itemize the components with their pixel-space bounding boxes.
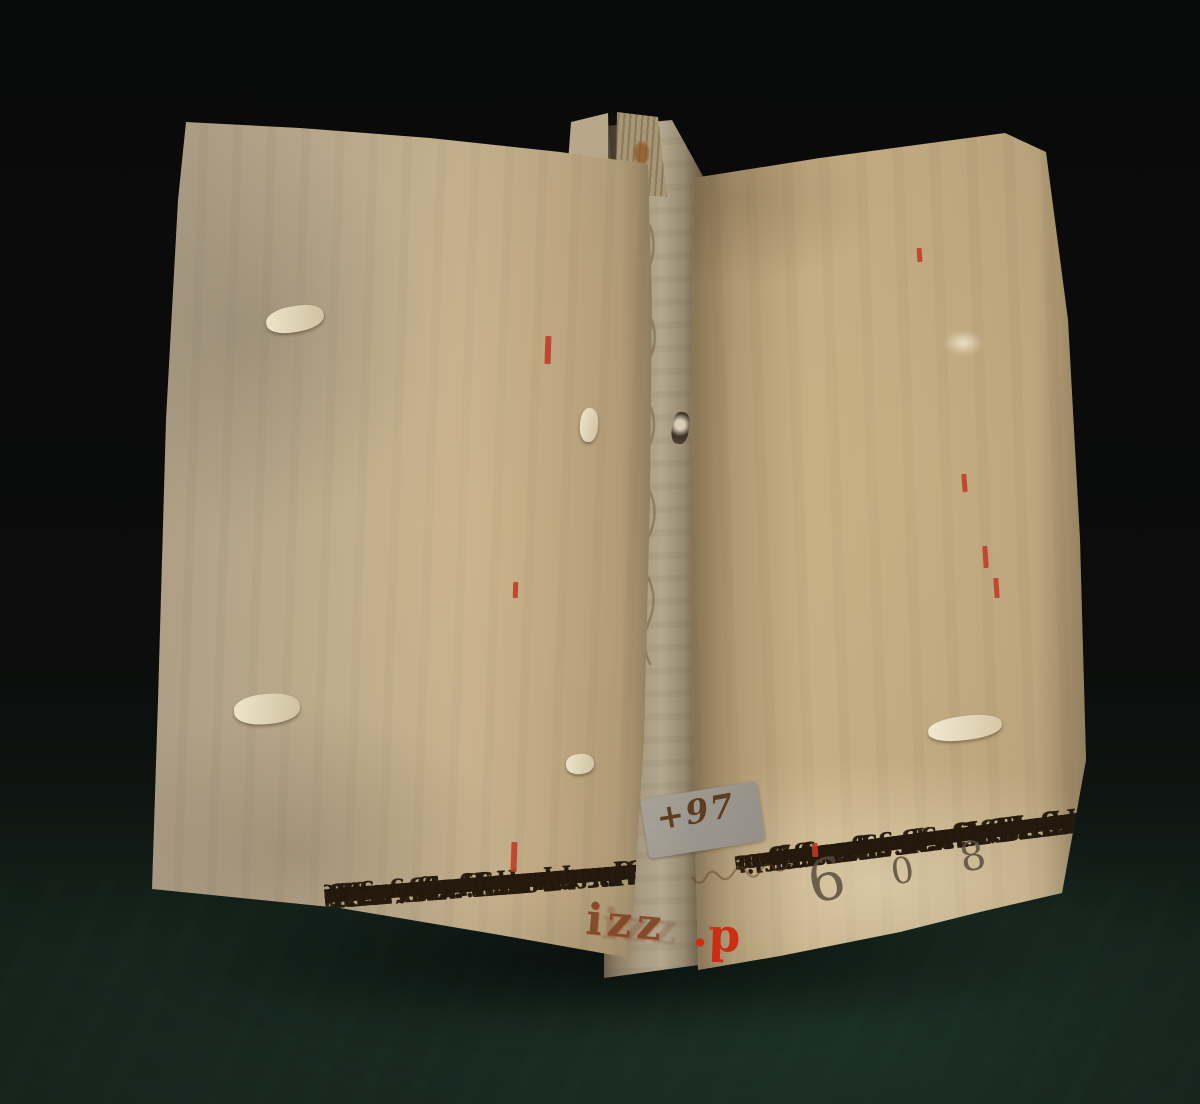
left-page-textblock: mĩ roʒia ſuis rebat·in ſeeulis et ſeculo… bbox=[267, 129, 698, 918]
glue-shine-spot bbox=[940, 328, 986, 358]
spine-foot-number: izz bbox=[584, 895, 668, 952]
rubrication-mark bbox=[917, 248, 923, 262]
photograph-of-medieval-book: mĩ roʒia ſuis rebat·in ſeeulis et ſeculo… bbox=[0, 0, 1200, 1104]
rust-stain bbox=[634, 142, 649, 164]
rubrication-mark bbox=[545, 336, 552, 364]
rubrication-mark bbox=[510, 842, 517, 872]
rubrication-mark bbox=[513, 582, 519, 598]
spine-foot-red-mark: d· bbox=[691, 915, 741, 971]
